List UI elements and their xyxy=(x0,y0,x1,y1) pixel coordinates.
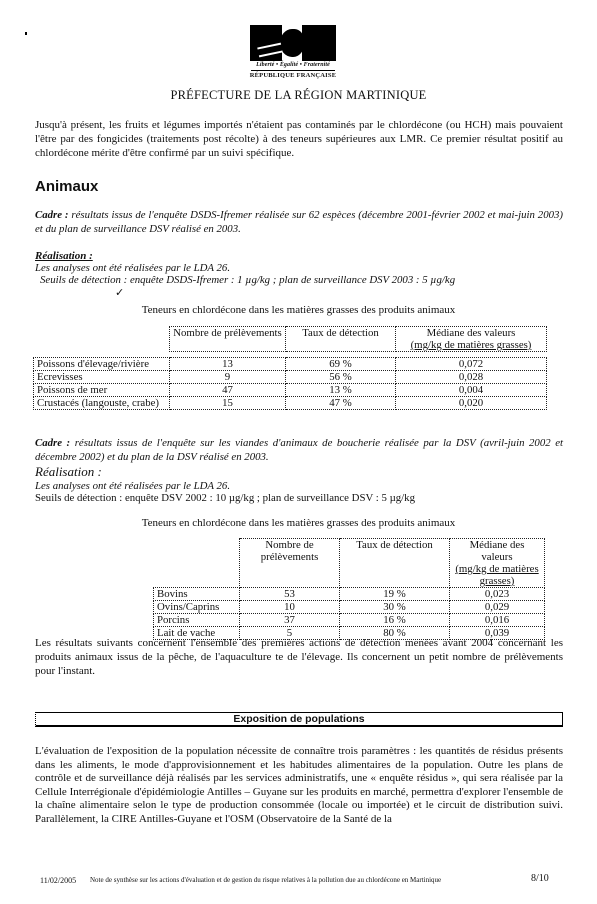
footer-title: Note de synthèse sur les actions d'évalu… xyxy=(90,876,441,884)
logo-rule xyxy=(251,70,335,71)
table-row: Crustacés (langouste, crabe)1547 %0,020 xyxy=(34,397,547,410)
row-label: Poissons de mer xyxy=(34,384,170,397)
cell-rate: 16 % xyxy=(340,614,450,627)
table-row: Ovins/Caprins1030 %0,029 xyxy=(154,601,545,614)
cadre-1-label: Cadre : xyxy=(35,209,68,221)
cell-median: 0,016 xyxy=(450,614,545,627)
table-1-title: Teneurs en chlordécone dans les matières… xyxy=(0,304,597,316)
row-label: Poissons d'élevage/rivière xyxy=(34,358,170,371)
cell-median: 0,028 xyxy=(396,371,547,384)
intro-paragraph: Jusqu'à présent, les fruits et légumes i… xyxy=(35,118,563,160)
table-row: Bovins5319 %0,023 xyxy=(154,588,545,601)
row-label: Porcins xyxy=(154,614,240,627)
closing-paragraph: Les résultats suivants concernent l'ense… xyxy=(35,636,563,678)
row-label: Ovins/Caprins xyxy=(154,601,240,614)
page-number: 8/10 xyxy=(531,873,549,884)
section-heading-animaux: Animaux xyxy=(35,178,98,195)
cell-count: 53 xyxy=(240,588,340,601)
realisation-1-analyses: Les analyses ont été réalisées par le LD… xyxy=(35,262,230,274)
cadre-2-label: Cadre : xyxy=(35,437,70,449)
cell-count: 37 xyxy=(240,614,340,627)
cell-median: 0,072 xyxy=(396,358,547,371)
realisation-2-label: Réalisation : xyxy=(35,464,102,480)
republic-motto: Liberté • Égalité • Fraternité xyxy=(243,62,343,68)
col-header-count: Nombre de prélèvements xyxy=(240,539,340,588)
republic-name: RÉPUBLIQUE FRANÇAISE xyxy=(243,72,343,79)
footer-date: 11/02/2005 xyxy=(40,876,76,885)
prefecture-title: PRÉFECTURE DE LA RÉGION MARTINIQUE xyxy=(0,88,597,103)
table-header-row: Nombre de prélèvementsTaux de détectionM… xyxy=(154,539,545,588)
marianne-emblem-icon xyxy=(250,25,336,61)
row-label: Bovins xyxy=(154,588,240,601)
cadre-2-text: résultats issus de l'enquête sur les via… xyxy=(35,437,563,463)
section-heading-exposition: Exposition de populations xyxy=(35,712,563,727)
cell-rate: 30 % xyxy=(340,601,450,614)
cadre-2: Cadre : résultats issus de l'enquête sur… xyxy=(35,436,563,464)
col-header-rate: Taux de détection xyxy=(340,539,450,588)
cell-count: 15 xyxy=(170,397,286,410)
cell-median: 0,029 xyxy=(450,601,545,614)
table-row: Porcins3716 %0,016 xyxy=(154,614,545,627)
row-label: Ecrevisses xyxy=(34,371,170,384)
col-header-count: Nombre de prélèvements xyxy=(170,327,286,352)
realisation-2-analyses: Les analyses ont été réalisées par le LD… xyxy=(35,480,230,492)
cell-count: 10 xyxy=(240,601,340,614)
realisation-2-seuils: Seuils de détection : enquête DSV 2002 :… xyxy=(35,492,415,504)
cadre-1-text: résultats issus de l'enquête DSDS-Ifreme… xyxy=(35,209,563,235)
cadre-1: Cadre : résultats issus de l'enquête DSD… xyxy=(35,208,563,236)
row-label: Crustacés (langouste, crabe) xyxy=(34,397,170,410)
table-2: Nombre de prélèvementsTaux de détectionM… xyxy=(153,538,545,640)
cell-rate: 69 % xyxy=(286,358,396,371)
col-header-median: Médiane des valeurs(mg/kg de matières gr… xyxy=(396,327,547,352)
col-header-rate: Taux de détection xyxy=(286,327,396,352)
cell-rate: 47 % xyxy=(286,397,396,410)
cell-median: 0,004 xyxy=(396,384,547,397)
cell-median: 0,023 xyxy=(450,588,545,601)
cell-rate: 56 % xyxy=(286,371,396,384)
table-row: Ecrevisses956 %0,028 xyxy=(34,371,547,384)
cell-count: 9 xyxy=(170,371,286,384)
cell-count: 47 xyxy=(170,384,286,397)
cell-median: 0,020 xyxy=(396,397,547,410)
cell-count: 13 xyxy=(170,358,286,371)
table-2-title: Teneurs en chlordécone dans les matières… xyxy=(0,517,597,529)
col-header-empty xyxy=(154,539,240,588)
cell-rate: 13 % xyxy=(286,384,396,397)
marianne-logo: Liberté • Égalité • Fraternité RÉPUBLIQU… xyxy=(243,25,343,83)
exposition-paragraph: L'évaluation de l'exposition de la popul… xyxy=(35,745,563,826)
col-header-median: Médiane des valeurs(mg/kg de matières gr… xyxy=(450,539,545,588)
checkmark-icon: ✓ xyxy=(115,286,124,299)
table-row: Poissons d'élevage/rivière1369 %0,072 xyxy=(34,358,547,371)
scan-speck xyxy=(25,32,27,35)
table-row: Poissons de mer4713 %0,004 xyxy=(34,384,547,397)
table-1-header: Nombre de prélèvements Taux de détection… xyxy=(169,326,547,352)
cell-rate: 19 % xyxy=(340,588,450,601)
table-1: Poissons d'élevage/rivière1369 %0,072Ecr… xyxy=(33,357,547,410)
realisation-1-seuils: Seuils de détection : enquête DSDS-Ifrem… xyxy=(40,274,455,286)
realisation-1-label: Réalisation : xyxy=(35,250,93,262)
